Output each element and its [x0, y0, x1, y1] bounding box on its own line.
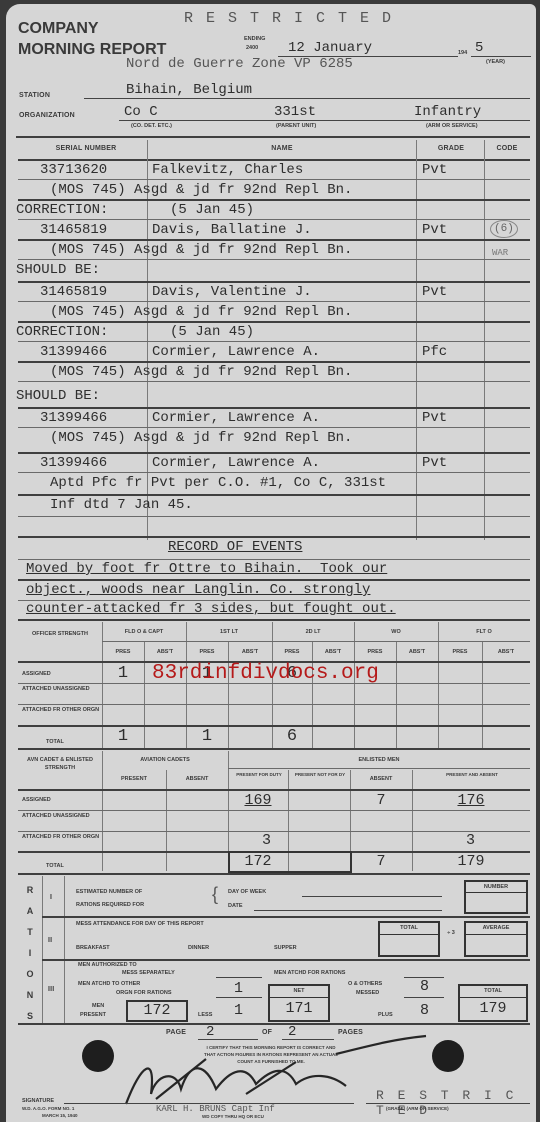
atchd-other-label2: ORGN FOR RATIONS	[116, 990, 172, 996]
subcol-present-and-absent: PRESENT AND ABSENT	[416, 772, 528, 777]
dinner-label: DINNER	[188, 945, 209, 951]
subcol-pres: PRES	[354, 649, 396, 655]
men-present-label1: MEN	[92, 1003, 104, 1009]
row-grade: Pvt	[422, 162, 447, 178]
section-3-num: III	[48, 986, 54, 993]
row-should-be-label: SHOULD BE:	[16, 262, 100, 278]
enlisted-men-header: ENLISTED MEN	[228, 757, 530, 763]
row-name: Davis, Ballatine J.	[152, 222, 312, 238]
row-grade: Pfc	[422, 344, 447, 360]
row-correction-date: (5 Jan 45)	[170, 324, 254, 340]
officers-messed-value: 8	[420, 978, 429, 995]
em-total-absent: 7	[350, 853, 412, 870]
enlisted-strength-title: AVN CADET & ENLISTED STRENGTH	[20, 756, 100, 772]
em-attached-pfd: 3	[262, 832, 271, 849]
group-flt-o: FLT O	[438, 629, 530, 635]
row-name: Cormier, Lawrence A.	[152, 410, 320, 426]
section-1-text1: ESTIMATED NUMBER OF	[76, 889, 142, 895]
row-label-total: TOTAL	[46, 863, 64, 869]
col-grade: GRADE	[416, 145, 486, 152]
year-caption: (YEAR)	[486, 59, 505, 65]
subcol-present-for-duty: PRESENT FOR DUTY	[232, 772, 286, 777]
row-code-note: WAR	[492, 248, 508, 258]
row-label-attached-unassigned: ATTACHED UNASSIGNED	[22, 813, 100, 820]
grade-caption: (GRADE) (ARM OR SERVICE)	[386, 1106, 449, 1111]
subcol-pres: PRES	[186, 649, 228, 655]
group-2d-lt: 2D LT	[272, 629, 354, 635]
subcol-avn-present: PRESENT	[102, 776, 166, 782]
less-value: 1	[234, 1002, 243, 1019]
subcol-present-not-for-duty: PRESENT NOT FOR DY	[292, 772, 348, 777]
atchd-rations-label: MEN ATCHD FOR RATIONS	[274, 970, 345, 976]
punch-hole-right	[432, 1040, 464, 1072]
subcol-abst: ABS'T	[396, 649, 438, 655]
row-grade: Pvt	[422, 455, 447, 471]
officer-total-fld-pres: 1	[102, 727, 144, 746]
row-remark: Inf dtd 7 Jan 45.	[50, 497, 193, 513]
net-label: NET	[268, 988, 330, 994]
officers-label2: MESSED	[356, 990, 379, 996]
row-label-attached-other: ATTACHED FR OTHER ORGN	[22, 707, 100, 714]
em-attached-total: 3	[466, 832, 475, 849]
subcol-abst: ABS'T	[482, 649, 530, 655]
row-correction-date: (5 Jan 45)	[170, 202, 254, 218]
subcol-pres: PRES	[272, 649, 312, 655]
subcol-pres: PRES	[438, 649, 482, 655]
classification-stamp: R E S T R I C T E D	[184, 10, 393, 27]
org-company: Co C	[124, 104, 158, 120]
row-label-total: TOTAL	[46, 739, 64, 745]
row-remark: (MOS 745) Asgd & jd fr 92nd Repl Bn.	[50, 430, 352, 446]
em-assigned-total: 176	[412, 792, 530, 809]
men-present-label2: PRESENT	[80, 1012, 106, 1018]
form-id: W.D. A.G.O. FORM NO. 1	[22, 1106, 74, 1111]
subcol-avn-absent: ABSENT	[166, 776, 228, 782]
row-label-attached-other: ATTACHED FR OTHER ORGN	[22, 834, 100, 841]
org-parent-unit: 331st	[274, 104, 316, 120]
officer-assigned-fld-pres: 1	[102, 664, 144, 683]
less-label: LESS	[198, 1012, 212, 1018]
morning-report-form: R E S T R I C T E D COMPANY MORNING REPO…	[6, 4, 536, 1122]
org-parent-caption: (PARENT UNIT)	[276, 123, 316, 129]
em-total-pfd: 172	[228, 853, 288, 870]
mess-attendance-label: MESS ATTENDANCE FOR DAY OF THIS REPORT	[76, 921, 204, 927]
row-label-assigned: ASSIGNED	[22, 671, 51, 677]
men-present-value: 172	[126, 1002, 188, 1019]
em-total-total: 179	[412, 853, 530, 870]
row-grade: Pvt	[422, 284, 447, 300]
section-2-num: II	[48, 937, 52, 944]
events-line-2: object., woods near Langlin. Co. strongl…	[26, 582, 370, 598]
events-line-3: counter-attacked fr 3 sides, but fought …	[26, 601, 396, 617]
col-name: NAME	[148, 145, 416, 152]
ending-time: 2400	[246, 45, 258, 51]
net-value: 171	[268, 1000, 330, 1017]
subcol-abst: ABS'T	[312, 649, 354, 655]
col-serial-number: SERIAL NUMBER	[26, 145, 146, 152]
row-grade: Pvt	[422, 410, 447, 426]
org-arm: Infantry	[414, 104, 481, 120]
station-value: Bihain, Belgium	[126, 82, 252, 98]
row-remark: (MOS 745) Asgd & jd fr 92nd Repl Bn.	[50, 304, 352, 320]
location-line: Nord de Guerre Zone VP 6285	[126, 56, 353, 72]
wd-copy-note: WD COPY THRU HQ OR ECU	[202, 1114, 264, 1119]
average-label: AVERAGE	[464, 925, 528, 931]
row-remark: (MOS 745) Asgd & jd fr 92nd Repl Bn.	[50, 182, 352, 198]
org-company-caption: (CO. DET. ETC.)	[131, 123, 172, 129]
year-prefix: 194	[458, 50, 467, 56]
date-label: DATE	[228, 903, 243, 909]
signer-name: KARL H. BRUNS Capt Inf	[156, 1104, 275, 1114]
org-arm-caption: (ARM OR SERVICE)	[426, 123, 478, 129]
row-name: Cormier, Lawrence A.	[152, 455, 320, 471]
officers-label1: O & OTHERS	[348, 981, 382, 987]
row-remark: (MOS 745) Asgd & jd fr 92nd Repl Bn.	[50, 364, 352, 380]
report-date: 12 January	[288, 40, 372, 56]
row-serial: 33713620	[40, 162, 107, 178]
plus-label: PLUS	[378, 1012, 393, 1018]
group-1st-lt: 1ST LT	[186, 629, 272, 635]
group-wo: WO	[354, 629, 438, 635]
events-line-1: Moved by foot fr Ottre to Bihain. Took o…	[26, 561, 387, 577]
subcol-abst: ABS'T	[228, 649, 272, 655]
mess-total-label: TOTAL	[378, 925, 440, 931]
officer-total-2lt-pres: 6	[272, 727, 312, 746]
total-label-3: TOTAL	[458, 988, 528, 994]
subcol-abst: ABS'T	[144, 649, 186, 655]
row-code-circled: (6)	[490, 220, 518, 238]
atchd-other-label1: MEN ATCHD TO OTHER	[78, 981, 140, 987]
rations-side-label: RATIONS	[20, 880, 40, 1027]
signature-label: SIGNATURE	[22, 1098, 54, 1104]
divide-by-3: ÷ 3	[442, 929, 460, 938]
atchd-other-value: 1	[234, 980, 243, 997]
row-should-be-label: SHOULD BE:	[16, 388, 100, 404]
day-of-week-label: DAY OF WEEK	[228, 889, 266, 895]
aviation-cadets-header: AVIATION CADETS	[102, 757, 228, 763]
subcol-pres: PRES	[102, 649, 144, 655]
row-remark: Aptd Pfc fr Pvt per C.O. #1, Co C, 331st	[50, 475, 386, 491]
row-serial: 31399466	[40, 410, 107, 426]
em-assigned-absent: 7	[350, 792, 412, 809]
row-grade: Pvt	[422, 222, 447, 238]
section-1-num: I	[50, 894, 52, 901]
events-heading: RECORD OF EVENTS	[168, 539, 302, 555]
group-fld-capt: FLD O & CAPT	[102, 629, 186, 635]
form-title-line1: COMPANY	[18, 20, 99, 38]
section-1-text2: RATIONS REQUIRED FOR	[76, 902, 144, 908]
plus-value: 8	[420, 1002, 429, 1019]
auth-mess-label1: MEN AUTHORIZED TO	[78, 962, 137, 968]
report-year: 5	[475, 40, 483, 56]
organization-label: ORGANIZATION	[19, 112, 75, 119]
row-serial: 31465819	[40, 284, 107, 300]
row-label-attached-unassigned: ATTACHED UNASSIGNED	[22, 686, 100, 693]
ending-label: ENDING	[244, 36, 265, 42]
row-label-assigned: ASSIGNED	[22, 797, 51, 803]
station-label: STATION	[19, 92, 50, 99]
breakfast-label: BREAKFAST	[76, 945, 110, 951]
col-code: CODE	[484, 145, 530, 152]
officer-strength-title: OFFICER STRENGTH	[20, 630, 100, 639]
row-name: Falkevitz, Charles	[152, 162, 303, 178]
em-assigned-pfd: 169	[228, 792, 288, 809]
row-correction-label: CORRECTION:	[16, 324, 108, 340]
row-serial: 31399466	[40, 455, 107, 471]
row-serial: 31399466	[40, 344, 107, 360]
row-name: Cormier, Lawrence A.	[152, 344, 320, 360]
subcol-em-absent: ABSENT	[350, 776, 412, 782]
row-correction-label: CORRECTION:	[16, 202, 108, 218]
row-serial: 31465819	[40, 222, 107, 238]
row-name: Davis, Valentine J.	[152, 284, 312, 300]
officer-total-1lt-pres: 1	[186, 727, 228, 746]
form-date: MARCH 15, 1940	[42, 1113, 78, 1118]
watermark: 83rdinfdivdocs.org	[152, 662, 379, 685]
number-label: NUMBER	[464, 884, 528, 890]
rations-total-value: 179	[458, 1000, 528, 1017]
auth-mess-label2: MESS SEPARATELY	[122, 970, 175, 976]
supper-label: SUPPER	[274, 945, 297, 951]
row-remark: (MOS 745) Asgd & jd fr 92nd Repl Bn.	[50, 242, 352, 258]
